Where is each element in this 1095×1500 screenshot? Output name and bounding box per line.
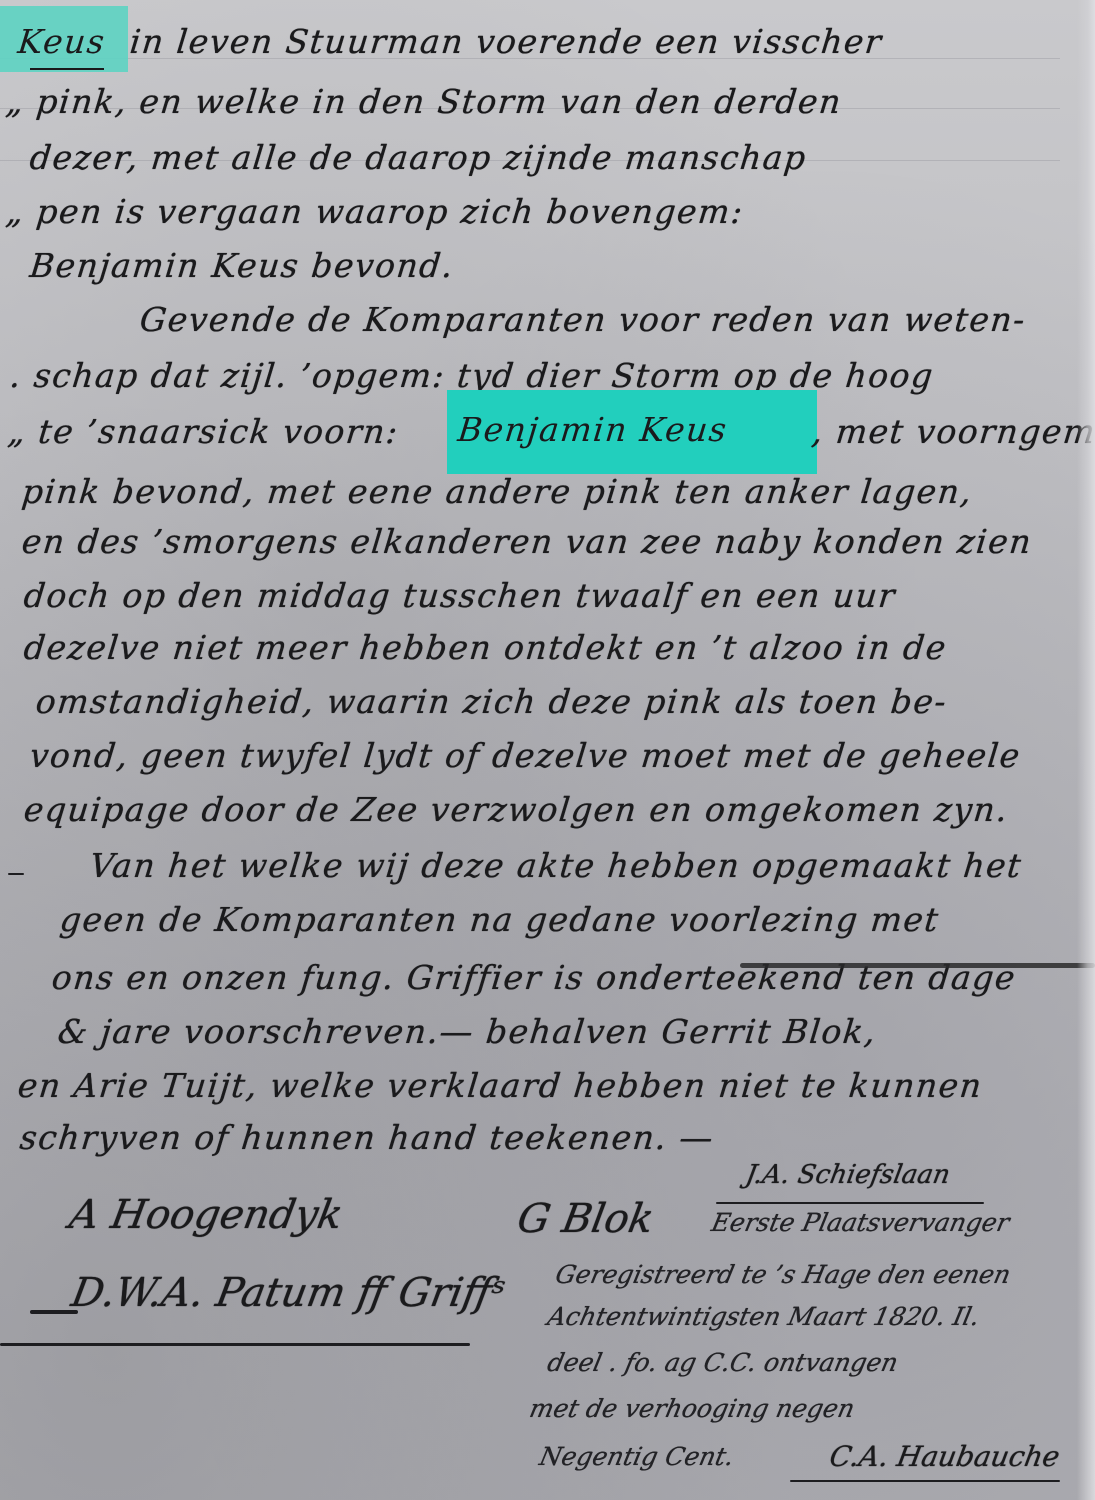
scanned-document-page: Keus in leven Stuurman voerende een viss… [0,0,1095,1500]
text-line-p1-4: „ pen is vergaan waarop zich bovengem: [4,192,746,232]
text-line-p2-7: dezelve niet meer hebben ontdekt en ’t a… [22,628,949,668]
signature-underline [716,1202,984,1204]
text-line-p2-4: pink bevond, met eene andere pink ten an… [20,472,975,512]
text-line-p3-4: & jare voorschreven.— behalven Gerrit Bl… [56,1012,879,1052]
signature-flourish [0,1343,470,1346]
signature-g-blok: G Blok [514,1196,657,1242]
text-line-p2-9: vond, geen twyfel lydt of dezelve moet m… [28,736,1023,776]
registration-line-2: Achtentwintigsten Maart 1820. Il. [544,1300,982,1334]
registration-line-5: Negentig Cent. [536,1440,737,1474]
margin-dash [8,873,24,875]
text-line-p1-5: Benjamin Keus bevond. [28,246,456,286]
text-line-p3-5: en Arie Tuijt, welke verklaard hebben ni… [16,1066,985,1106]
text-line-p3-6: schryven of hunnen hand teekenen. — [18,1118,716,1158]
text-line-p2-3-prefix: „ te ’snaarsick voorn: [6,412,401,452]
official-title: Eerste Plaatsvervanger [708,1206,1012,1240]
name-underline [30,68,104,70]
registration-line-4: met de verhooging negen [526,1392,857,1426]
text-line-p2-3-suffix: , met voorngem: [810,412,1095,452]
signature-a-hoogendyk: A Hoogendyk [66,1192,346,1238]
signature-registrar: C.A. Haubauche [827,1440,1062,1473]
text-line-p1-2: „ pink, en welke in den Storm van den de… [4,82,844,122]
text-line-p3-1: Van het welke wij deze akte hebben opgem… [88,846,1024,886]
ink-strikethrough [740,963,1095,968]
registration-line-1: Geregistreerd te ’s Hage den eenen [552,1258,1013,1292]
text-line-p2-5: en des ’smorgens elkanderen van zee naby… [20,522,1034,562]
registration-line-3: deel . fo. ag C.C. ontvangen [544,1346,901,1380]
highlighted-name-benjamin-keus: Benjamin Keus [456,410,730,450]
text-line-p2-6: doch op den middag tusschen twaalf en ee… [22,576,898,616]
highlighted-name-keus: Keus [16,22,108,62]
text-line-p1-3: dezer, met alle de daarop zijnde manscha… [28,138,809,178]
text-line-p3-2: geen de Komparanten na gedane voorlezing… [58,900,942,940]
signature-schiefslaan: J.A. Schiefslaan [743,1160,952,1190]
registrar-underline [790,1480,1060,1482]
signature-dash [30,1310,78,1314]
signature-patum-griffier: D.W.A. Patum ff Griffˢ [68,1270,509,1316]
text-line-p2-8: omstandigheid, waarin zich deze pink als… [34,682,949,722]
text-line-p2-1: Gevende de Komparanten voor reden van we… [138,300,1028,340]
text-line-p2-10: equipage door de Zee verzwolgen en omgek… [22,790,1011,830]
text-line-p1-1: in leven Stuurman voerende een visscher [128,22,885,62]
